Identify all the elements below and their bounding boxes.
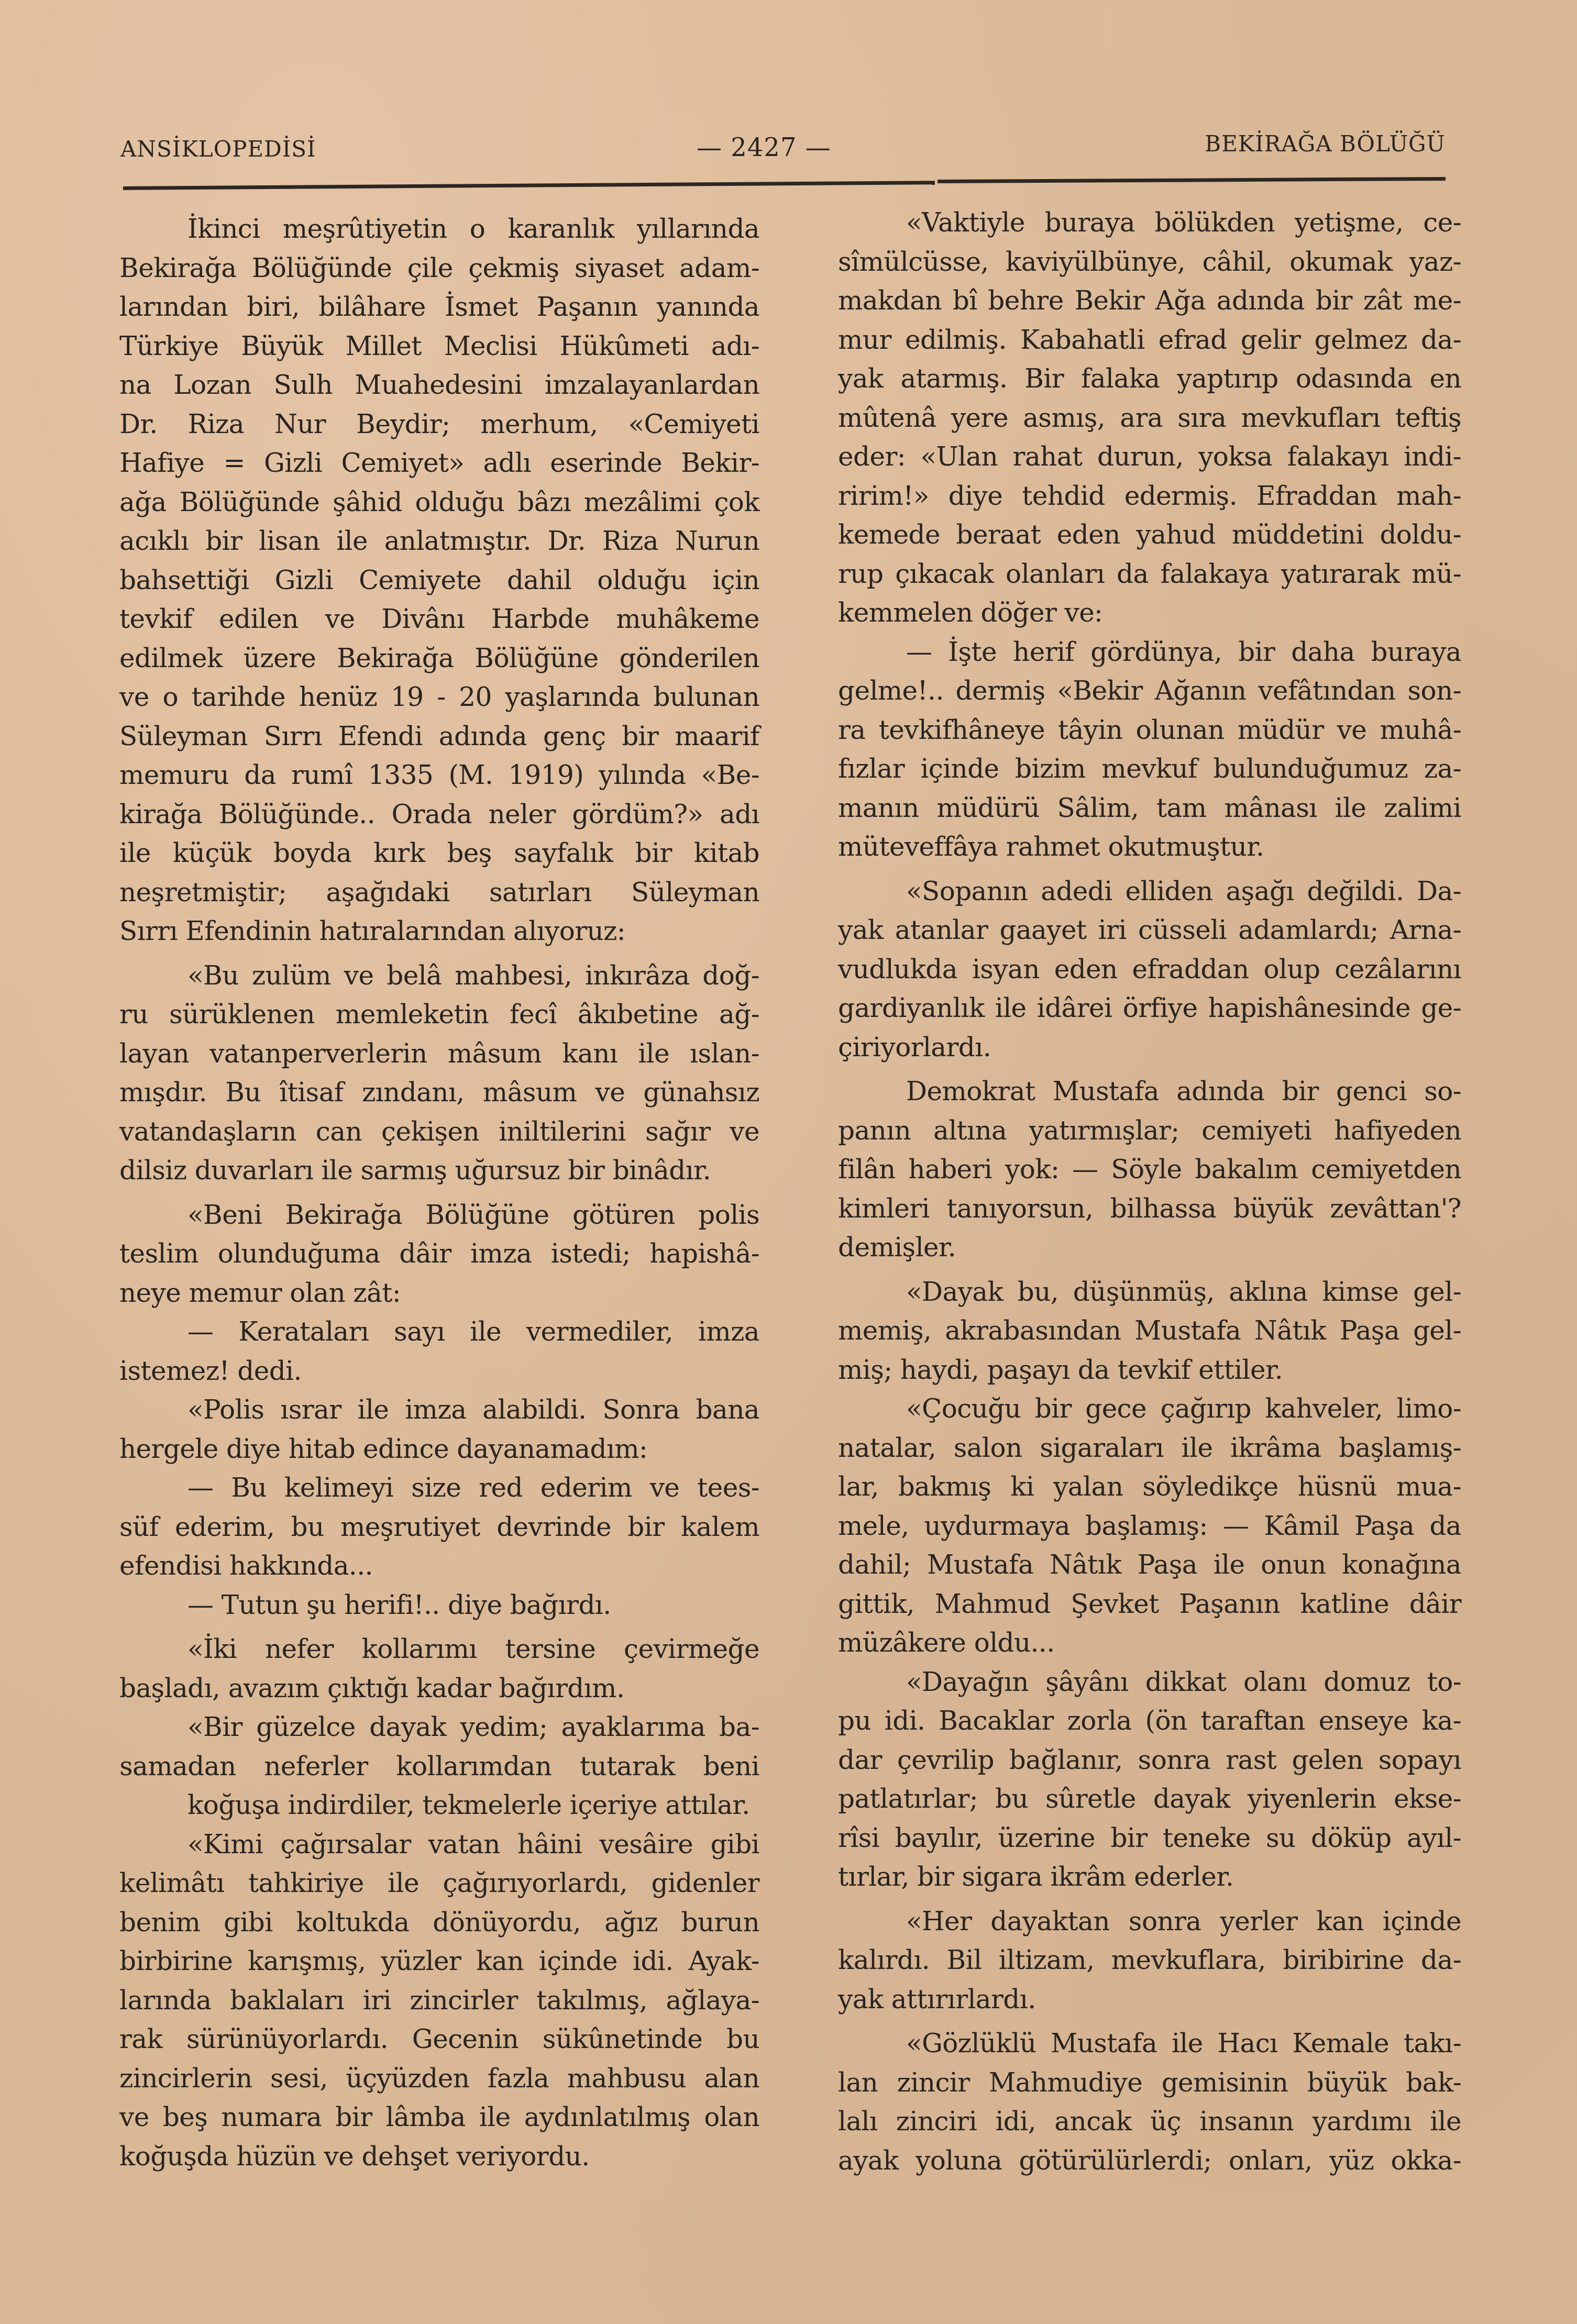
text-line: larından biri, bilâhare İsmet Paşanın ya…	[119, 287, 759, 327]
text-line: memuru da rumî 1335 (M. 1919) yılında «B…	[119, 756, 759, 795]
text-line: «Her dayaktan sonra yerler kan içinde	[838, 1902, 1461, 1941]
text-line: gelme!.. dermiş «Bekir Ağanın vefâtından…	[838, 671, 1461, 711]
text-line: mele, uydurmaya başlamış: — Kâmil Paşa d…	[838, 1507, 1461, 1546]
text-line: — Kerataları sayı ile vermediler, imza	[119, 1312, 759, 1352]
paragraph-spacing	[119, 1624, 759, 1630]
text-line: rup çıkacak olanları da falakaya yatırar…	[838, 555, 1461, 594]
text-line: koğuşda hüzün ve dehşet veriyordu.	[119, 2137, 759, 2176]
running-header: ANSİKLOPEDİSİ — 2427 — BEKİRAĞA BÖLÜĞÜ	[120, 131, 1446, 173]
text-line: samadan neferler kollarımdan tutarak ben…	[119, 1747, 759, 1786]
text-line: pu idi. Bacaklar zorla (ön taraftan ense…	[838, 1701, 1461, 1741]
paragraph-spacing	[838, 1067, 1461, 1072]
text-line: sîmülcüsse, kaviyülbünye, câhil, okumak …	[838, 242, 1461, 282]
text-line: müzâkere oldu...	[838, 1623, 1461, 1663]
paragraph-spacing	[119, 1190, 759, 1196]
text-line: «Bu zulüm ve belâ mahbesi, inkırâza doğ-	[119, 956, 759, 995]
text-line: layan vatanperverlerin mâsum kanı ile ıs…	[119, 1034, 759, 1074]
text-line: başladı, avazım çıktığı kadar bağırdım.	[119, 1669, 759, 1708]
text-line: vatandaşların can çekişen iniltilerini s…	[119, 1112, 759, 1152]
text-line: kalırdı. Bil iltizam, mevkuflara, biribi…	[838, 1941, 1461, 1980]
text-line: «Dayak bu, düşünmüş, aklına kimse gel-	[838, 1272, 1461, 1312]
text-line: lar, bakmış ki yalan söyledikçe hüsnü mu…	[838, 1467, 1461, 1507]
paragraph-spacing	[119, 951, 759, 956]
text-line: — Tutun şu herifi!.. diye bağırdı.	[119, 1586, 759, 1625]
text-line: eder: «Ulan rahat durun, yoksa falakayı …	[838, 437, 1461, 477]
text-line: rîsi bayılır, üzerine bir teneke su dökü…	[838, 1819, 1461, 1858]
text-line: mur edilmiş. Kabahatli efrad gelir gelme…	[838, 320, 1461, 360]
text-line: kimleri tanıyorsun, bilhassa büyük zevât…	[838, 1189, 1461, 1229]
paragraph-spacing	[838, 1897, 1461, 1902]
text-line: kirağa Bölüğünde.. Orada neler gördüm?» …	[119, 795, 759, 834]
header-publication-title: ANSİKLOPEDİSİ	[120, 136, 316, 162]
text-line: «Sopanın adedi elliden aşağı değildi. Da…	[838, 872, 1461, 911]
text-line: süf ederim, bu meşrutiyet devrinde bir k…	[119, 1508, 759, 1547]
text-line: neye memur olan zât:	[119, 1274, 759, 1313]
text-line: hergele diye hitab edince dayanamadım:	[119, 1430, 759, 1469]
text-line: dahil; Mustafa Nâtık Paşa ile onun konağ…	[838, 1545, 1461, 1585]
text-line: gardiyanlık ile idârei örfiye hapishânes…	[838, 989, 1461, 1028]
text-line: istemez! dedi.	[119, 1352, 759, 1391]
text-line: Türkiye Büyük Millet Meclisi Hükûmeti ad…	[119, 327, 759, 366]
text-line: «Gözlüklü Mustafa ile Hacı Kemale takı-	[838, 2024, 1461, 2063]
page-number: — 2427 —	[697, 133, 831, 162]
text-line: zincirlerin sesi, üçyüzden fazla mahbusu…	[119, 2059, 759, 2098]
header-rule	[938, 177, 1446, 183]
text-line: ririm!» diye tehdid edermiş. Efraddan ma…	[838, 477, 1461, 516]
text-line: yak atanlar gaayet iri cüsseli adamlardı…	[838, 911, 1461, 950]
text-line: koğuşa indirdiler, tekmelerle içeriye at…	[119, 1786, 759, 1825]
text-line: edilmek üzere Bekirağa Bölüğüne gönderil…	[119, 639, 759, 678]
text-line: «Polis ısrar ile imza alabildi. Sonra ba…	[119, 1390, 759, 1430]
text-line: Bekirağa Bölüğünde çile çekmiş siyaset a…	[119, 249, 759, 288]
text-line: filân haberi yok: — Söyle bakalım cemiye…	[838, 1150, 1461, 1189]
text-line: fızlar içinde bizim mevkuf bulunduğumuz …	[838, 749, 1461, 789]
text-line: acıklı bir lisan ile anlatmıştır. Dr. Ri…	[119, 522, 759, 561]
text-line: dilsiz duvarları ile sarmış uğursuz bir …	[119, 1151, 759, 1190]
paragraph-spacing	[838, 867, 1461, 872]
right-text-column: «Vaktiyle buraya bölükden yetişme, ce-sî…	[838, 203, 1461, 2180]
text-line: miş; haydi, paşayı da tevkif ettiler.	[838, 1351, 1461, 1390]
text-line: lan zincir Mahmudiye gemisinin büyük bak…	[838, 2063, 1461, 2102]
text-line: na Lozan Sulh Muahedesini imzalayanlarda…	[119, 366, 759, 405]
text-line: larında baklaları iri zincirler takılmış…	[119, 1981, 759, 2020]
text-line: «Dayağın şâyânı dikkat olanı domuz to-	[838, 1663, 1461, 1702]
text-line: Sırrı Efendinin hatıralarından alıyoruz:	[119, 912, 759, 951]
text-line: manın müdürü Sâlim, tam mânası ile zalim…	[838, 789, 1461, 828]
text-line: demişler.	[838, 1228, 1461, 1267]
paragraph-spacing	[838, 1267, 1461, 1272]
text-line: vudlukda isyan eden efraddan olup cezâla…	[838, 950, 1461, 989]
text-line: Dr. Riza Nur Beydir; merhum, «Cemiyeti	[119, 405, 759, 444]
text-line: ru sürüklenen memleketin fecî âkıbetine …	[119, 995, 759, 1034]
text-line: efendisi hakkında...	[119, 1546, 759, 1586]
text-line: memiş, akrabasından Mustafa Nâtık Paşa g…	[838, 1311, 1461, 1351]
text-line: müteveffâya rahmet okutmuştur.	[838, 827, 1461, 867]
text-line: teslim olunduğuma dâir imza istedi; hapi…	[119, 1234, 759, 1274]
text-line: ayak yoluna götürülürlerdi; onları, yüz …	[838, 2141, 1461, 2181]
text-line: dar çevrilip bağlanır, sonra rast gelen …	[838, 1741, 1461, 1780]
text-line: yak atarmış. Bir falaka yaptırıp odasınd…	[838, 359, 1461, 399]
text-line: «Vaktiyle buraya bölükden yetişme, ce-	[838, 203, 1461, 242]
text-line: «Kimi çağırsalar vatan hâini vesâire gib…	[119, 1825, 759, 1864]
text-line: mûtenâ yere asmış, ara sıra mevkufları t…	[838, 399, 1461, 438]
text-line: makdan bî behre Bekir Ağa adında bir zât…	[838, 281, 1461, 320]
text-line: birbirine karışmış, yüzler kan içinde id…	[119, 1942, 759, 1981]
text-line: patlatırlar; bu sûretle dayak yiyenlerin…	[838, 1779, 1461, 1819]
text-line: kelimâtı tahkiriye ile çağırıyorlardı, g…	[119, 1864, 759, 1903]
text-line: tevkif edilen ve Divânı Harbde muhâkeme	[119, 600, 759, 639]
text-line: ve beş numara bir lâmba ile aydınlatılmı…	[119, 2098, 759, 2137]
text-line: «Çocuğu bir gece çağırıp kahveler, limo-	[838, 1389, 1461, 1429]
header-rule	[123, 181, 935, 190]
text-line: İkinci meşrûtiyetin o karanlık yıllarınd…	[119, 209, 759, 249]
text-line: gittik, Mahmud Şevket Paşanın katline dâ…	[838, 1585, 1461, 1624]
text-line: Süleyman Sırrı Efendi adında genç bir ma…	[119, 717, 759, 756]
text-line: bahsettiği Gizli Cemiyete dahil olduğu i…	[119, 561, 759, 600]
text-line: natalar, salon sigaraları ile ikrâma baş…	[838, 1429, 1461, 1468]
left-text-column: İkinci meşrûtiyetin o karanlık yıllarınd…	[119, 209, 759, 2176]
text-line: «İki nefer kollarımı tersine çevirmeğe	[119, 1630, 759, 1669]
text-line: ile küçük boyda kırk beş sayfalık bir ki…	[119, 834, 759, 873]
header-section-title: BEKİRAĞA BÖLÜĞÜ	[1205, 131, 1446, 157]
paragraph-spacing	[838, 2019, 1461, 2024]
text-line: lalı zinciri idi, ancak üç insanın yardı…	[838, 2102, 1461, 2141]
text-line: tırlar, bir sigara ikrâm ederler.	[838, 1857, 1461, 1897]
text-line: kemmelen döğer ve:	[838, 593, 1461, 633]
text-line: mışdır. Bu îtisaf zındanı, mâsum ve güna…	[119, 1073, 759, 1112]
text-line: çiriyorlardı.	[838, 1028, 1461, 1067]
text-line: ve o tarihde henüz 19 - 20 yaşlarında bu…	[119, 678, 759, 717]
text-line: yak attırırlardı.	[838, 1980, 1461, 2019]
text-line: ağa Bölüğünde şâhid olduğu bâzı mezâlimi…	[119, 483, 759, 522]
text-line: — İşte herif gördünya, bir daha buraya	[838, 633, 1461, 672]
text-line: benim gibi koltukda dönüyordu, ağız buru…	[119, 1903, 759, 1942]
text-line: «Beni Bekirağa Bölüğüne götüren polis	[119, 1196, 759, 1235]
text-line: rak sürünüyorlardı. Gecenin sükûnetinde …	[119, 2020, 759, 2059]
text-line: ra tevkifhâneye tâyin olunan müdür ve mu…	[838, 711, 1461, 750]
text-line: panın altına yatırmışlar; cemiyeti hafiy…	[838, 1111, 1461, 1150]
text-line: neşretmiştir; aşağıdaki satırları Süleym…	[119, 873, 759, 912]
text-line: kemede beraat eden yahud müddetini doldu…	[838, 515, 1461, 555]
text-line: — Bu kelimeyi size red ederim ve tees-	[119, 1468, 759, 1508]
text-line: «Bir güzelce dayak yedim; ayaklarıma ba-	[119, 1708, 759, 1747]
text-line: Hafiye = Gizli Cemiyet» adlı eserinde Be…	[119, 444, 759, 483]
text-line: Demokrat Mustafa adında bir genci so-	[838, 1072, 1461, 1111]
